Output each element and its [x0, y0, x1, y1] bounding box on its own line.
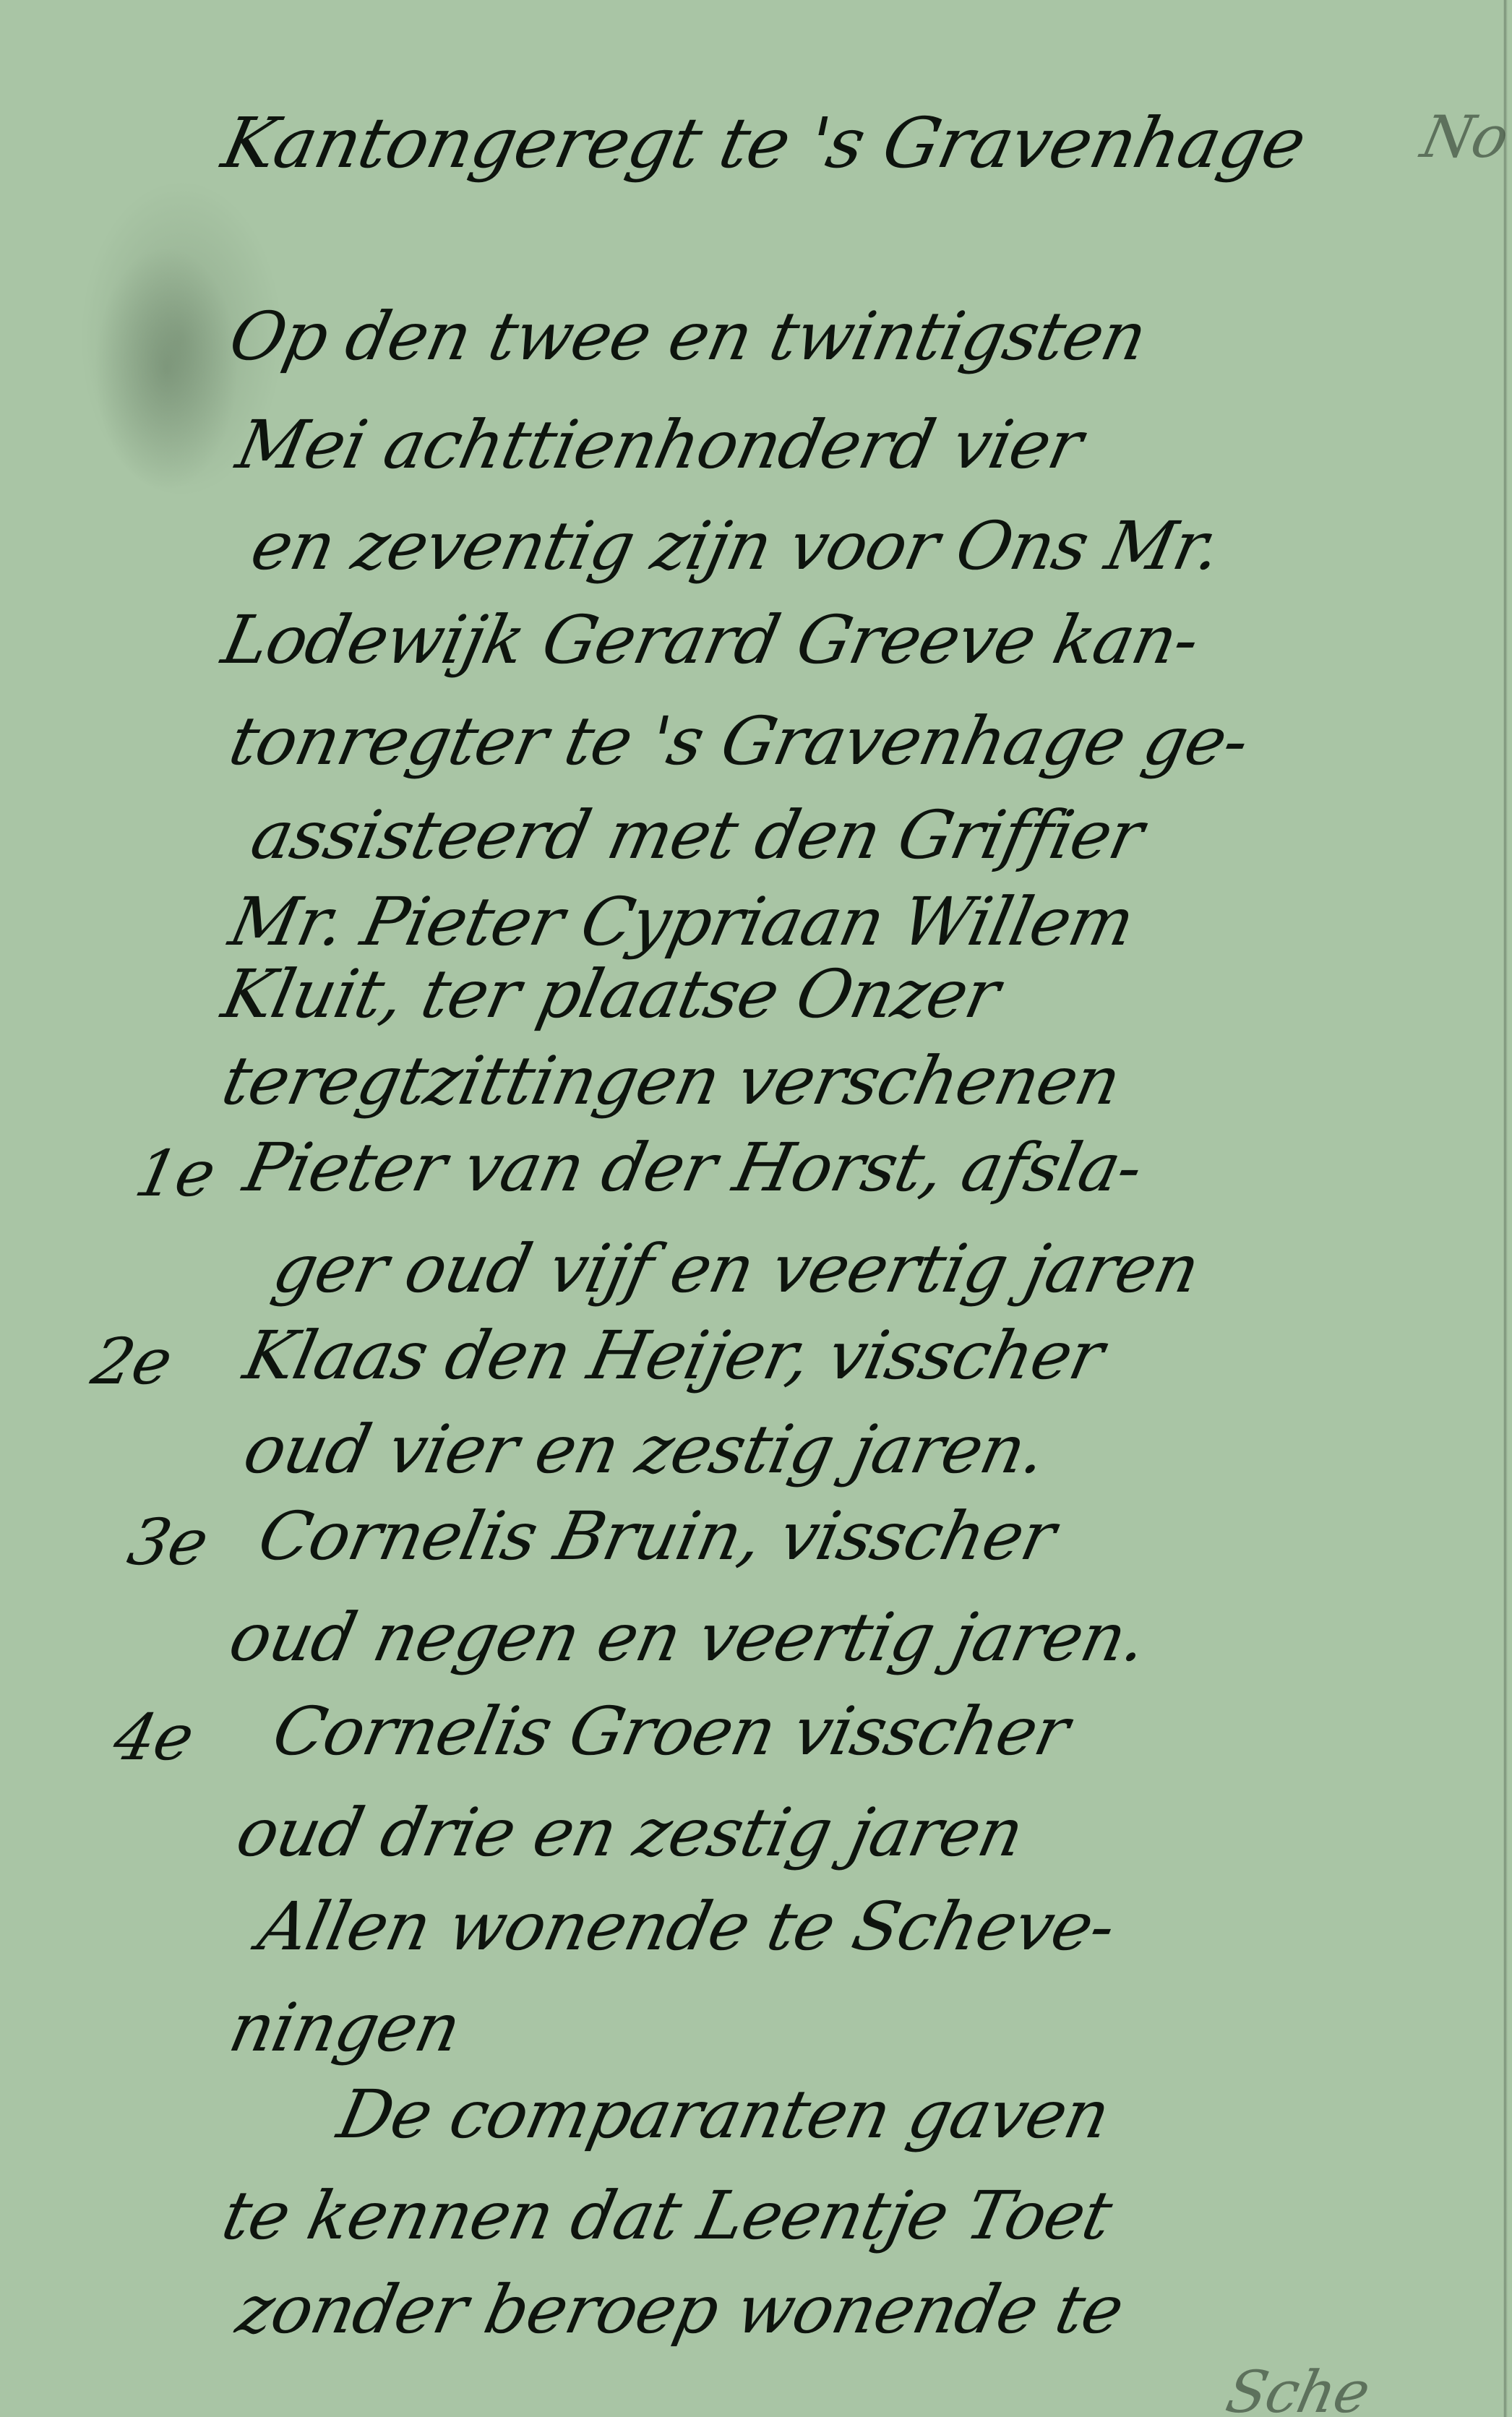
- text-line-9: teregtzittingen verschenen: [217, 1048, 1125, 1115]
- text-line-1: Op den twee en twintigsten: [224, 304, 1151, 370]
- margin-number-1: 1e: [130, 1142, 220, 1206]
- text-line-16: Cornelis Groen visscher: [267, 1699, 1074, 1765]
- text-line-17: oud drie en zestig jaren: [231, 1800, 1028, 1866]
- text-line-5: tonregter te 's Gravenhage ge-: [224, 708, 1254, 775]
- header-note: No: [1417, 108, 1512, 166]
- text-line-7: Mr. Pieter Cypriaan Willem: [224, 889, 1139, 956]
- margin-number-2: 2e: [87, 1330, 177, 1394]
- text-line-20: De comparanten gaven: [332, 2082, 1114, 2148]
- catchword: Sche: [1221, 2364, 1374, 2417]
- margin-number-4: 4e: [108, 1706, 199, 1769]
- text-line-21: te kennen dat Leentje Toet: [217, 2183, 1117, 2249]
- text-line-10: Pieter van der Horst, afsla-: [239, 1135, 1148, 1201]
- text-line-4: Lodewijk Gerard Greeve kan-: [217, 607, 1204, 674]
- page-header: Kantongeregt te 's Gravenhage: [217, 108, 1311, 178]
- text-line-19: ningen: [224, 1995, 465, 2061]
- document-page: Kantongeregt te 's Gravenhage No Op den …: [0, 0, 1512, 2417]
- text-line-2: Mei achttienhonderd vier: [231, 412, 1088, 478]
- text-line-11: ger oud vijf en veertig jaren: [267, 1236, 1204, 1302]
- text-line-6: assisteerd met den Griffier: [246, 802, 1148, 869]
- text-line-13: oud vier en zestig jaren.: [239, 1417, 1051, 1483]
- text-line-3: en zeventig zijn voor Ons Mr.: [246, 513, 1226, 580]
- margin-number-3: 3e: [123, 1511, 213, 1574]
- paper-stain: [94, 246, 239, 491]
- text-line-15: oud negen en veertig jaren.: [224, 1605, 1151, 1671]
- text-line-22: zonder beroep wonende te: [231, 2277, 1129, 2343]
- text-line-8: Kluit, ter plaatse Onzer: [217, 961, 1005, 1028]
- text-line-12: Klaas den Heijer, visscher: [239, 1323, 1109, 1389]
- text-line-18: Allen wonende te Scheve-: [253, 1894, 1120, 1960]
- text-line-14: Cornelis Bruin, visscher: [253, 1503, 1060, 1570]
